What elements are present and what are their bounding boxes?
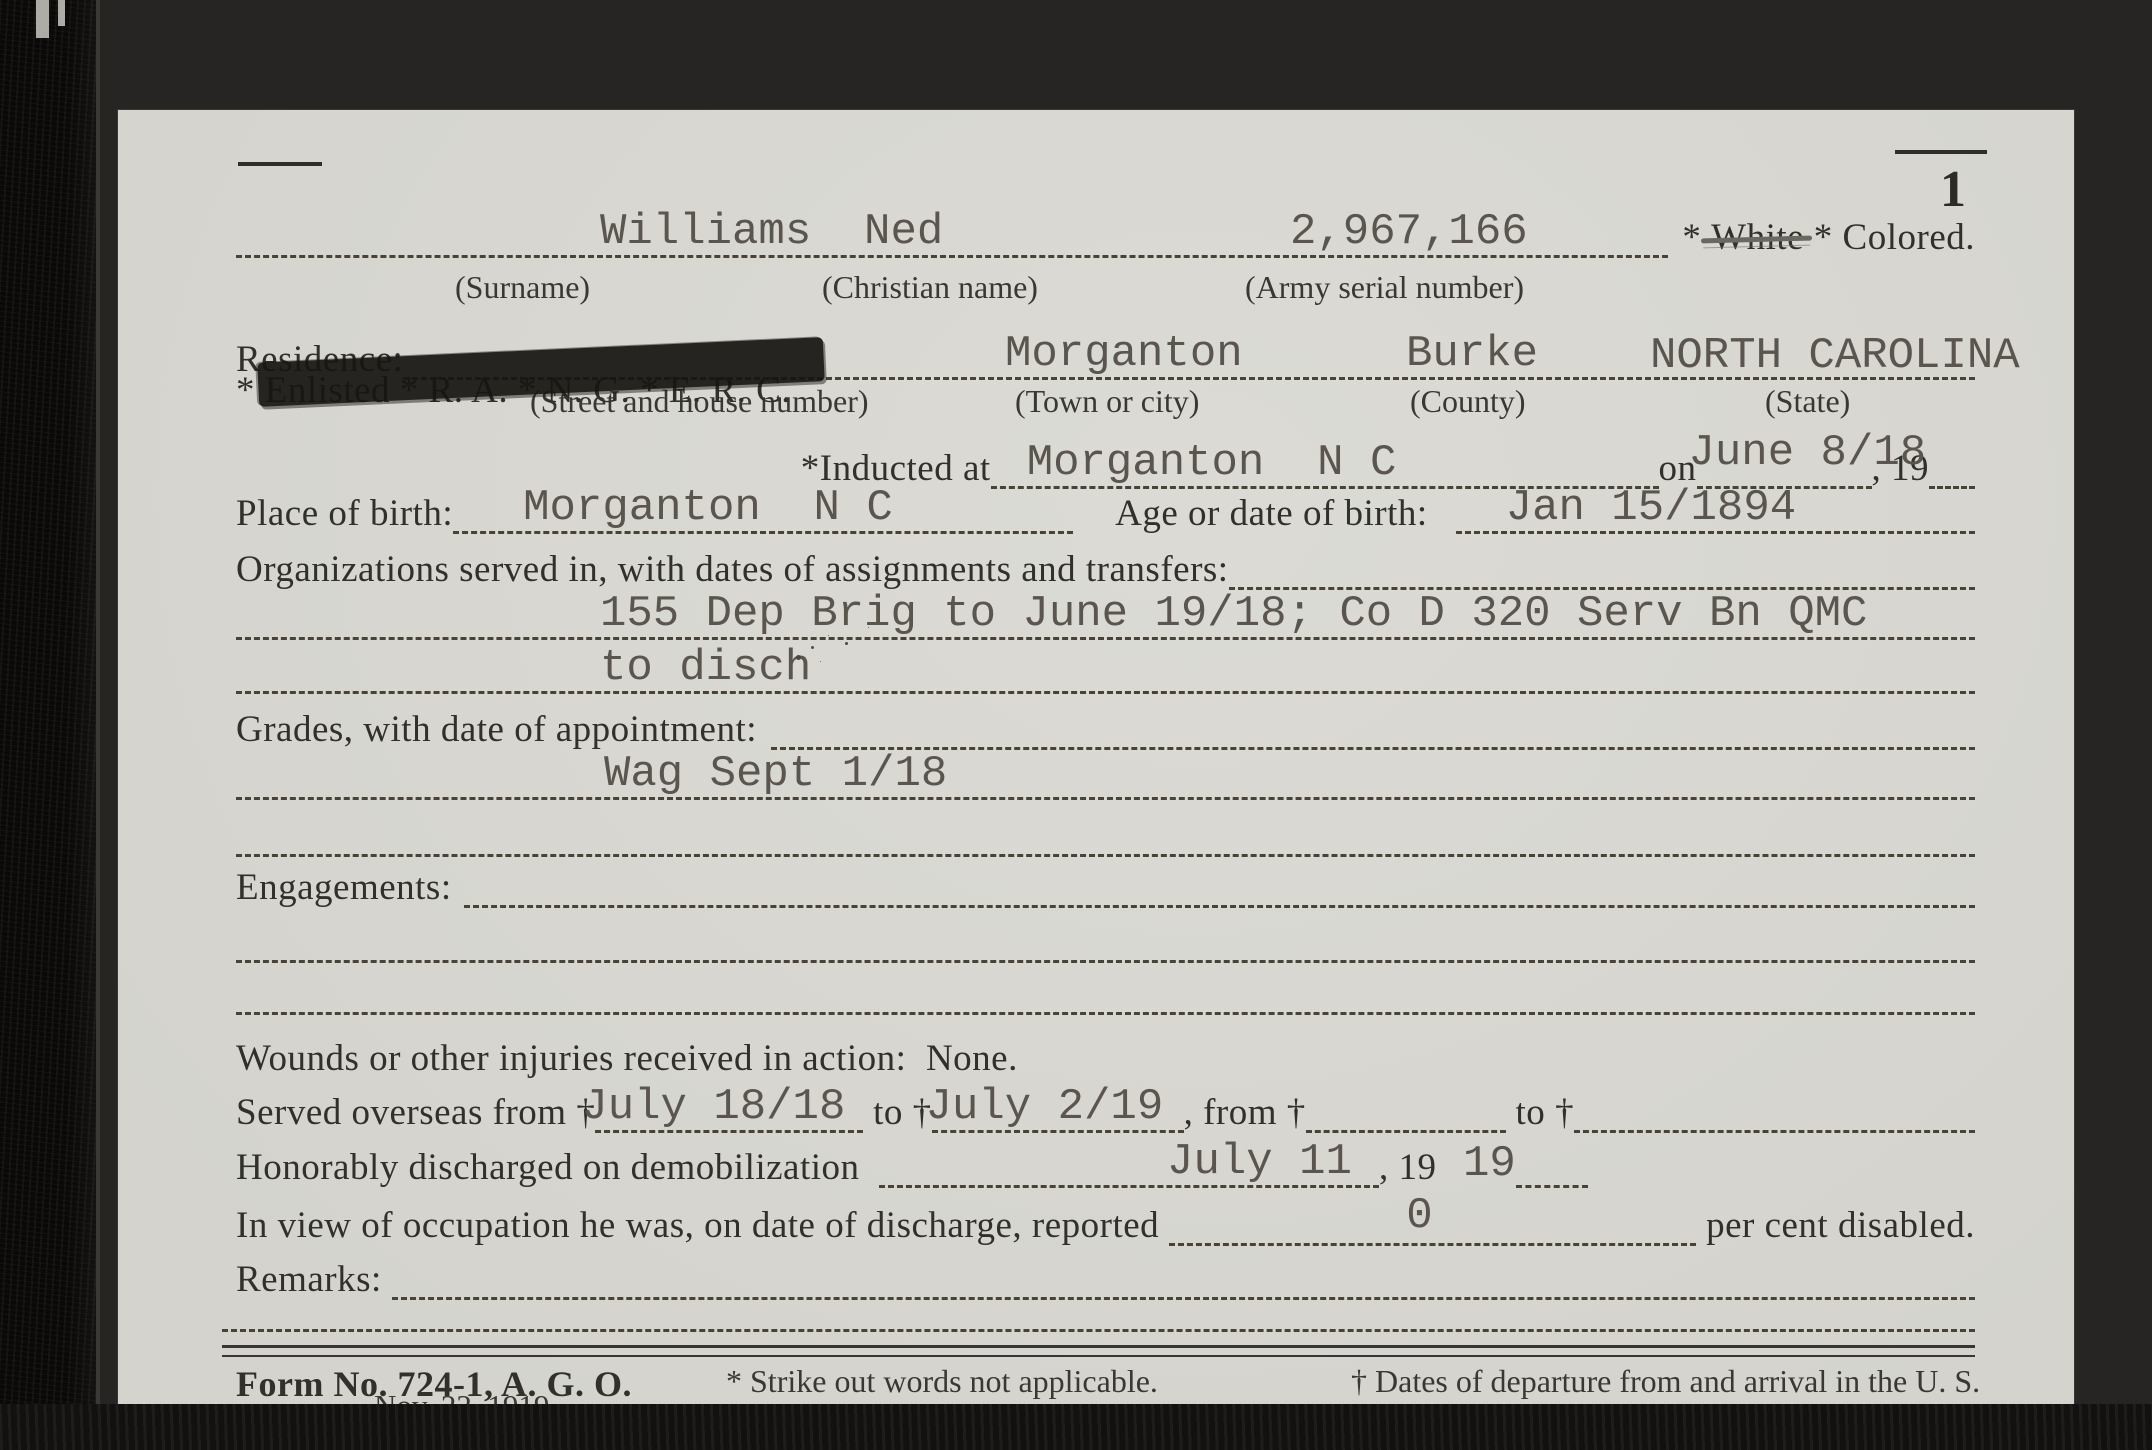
ink-speckles [796,655,801,660]
discharge-date-value: July 11 [1167,1140,1352,1184]
blank-rule [236,817,1975,857]
remarks-label: Remarks: [236,1261,392,1300]
race-options: * White * Colored. [1668,219,1975,258]
disability-label-post: per cent disabled. [1696,1207,1975,1246]
organizations-line2-row: to disch [236,650,1975,694]
scanned-service-record: 1 Williams Ned 2,967,166 * White * Color… [0,0,2152,1450]
enlist-date-line: June 8/18 [1697,435,1872,489]
scan-left-border [0,0,96,1450]
discharge-row: Honorably discharged on demobilization J… [236,1142,1975,1188]
overseas-to2-line [1574,1087,1975,1133]
serial-number-label: (Army serial number) [1245,269,1524,306]
strike-out-note: * Strike out words not applicable. [726,1363,1158,1400]
engagements-row: Engagements: [236,870,1975,908]
departure-dates-note: † Dates of departure from and arrival in… [1351,1363,1980,1400]
disability-line: 0 [1169,1200,1696,1246]
residence-county-value: Burke [1406,332,1538,376]
residence-state-value: NORTH CAROLINA [1650,334,2020,378]
enlist-date-value: June 8/18 [1689,431,1927,475]
bottom-dashed-rule [222,1310,1975,1332]
overseas-to2-label: to [1506,1094,1555,1133]
overseas-to1-value: July 2/19 [926,1085,1164,1129]
town-label: (Town or city) [1015,383,1199,420]
serial-number-value: 2,967,166 [1290,210,1528,254]
disability-label-pre: In view of occupation he was, on date of… [236,1207,1169,1246]
surname-text: Williams [600,207,811,257]
discharge-year-line [1516,1142,1588,1188]
white-option-struck: White [1711,219,1804,258]
overseas-to-label: to [863,1094,912,1133]
discharge-year-value: 19 [1437,1142,1516,1186]
scan-artifact [58,0,65,26]
dagger-icon: † [1555,1094,1574,1133]
residence-town-value: Morganton [1005,332,1243,376]
organizations-line1-row: 155 Dep Brig to June 19/18; Co D 320 Ser… [236,596,1975,640]
age-line: Jan 15/1894 [1456,488,1975,534]
grades-value-line: Wag Sept 1/18 [236,758,1975,800]
scan-artifact [36,0,49,38]
record-card: 1 Williams Ned 2,967,166 * White * Color… [118,110,2074,1406]
surname-label: (Surname) [455,269,590,306]
grades-line [771,712,1975,750]
colored-option: * Colored. [1804,217,1975,258]
organizations-line1-value: 155 Dep Brig to June 19/18; Co D 320 Ser… [600,592,1867,636]
christian-name-label: (Christian name) [822,269,1038,306]
year-line [1929,435,1975,489]
christian-name-text: Ned [864,207,943,257]
county-label: (County) [1410,383,1526,420]
remarks-row: Remarks: [236,1258,1975,1300]
disability-row: In view of occupation he was, on date of… [236,1200,1975,1246]
organizations-row: Organizations served in, with dates of a… [236,554,1975,590]
overseas-to1-line: July 2/19 [932,1087,1184,1133]
remarks-line [392,1258,1975,1300]
name-row: Williams Ned 2,967,166 * White * Colored… [236,188,1975,258]
place-of-birth-line: Morganton N C [453,488,1073,534]
inducted-at-line: Morganton N C [991,435,1659,489]
blank-rule-row [236,817,1975,857]
scan-bottom-border [0,1404,2152,1450]
blank-rule-row [236,977,1975,1015]
blank-rule [236,977,1975,1015]
engagements-line [464,870,1975,908]
overseas-from2-line [1306,1087,1506,1133]
wounds-row: Wounds or other injuries received in act… [236,1035,1975,1079]
dagger-icon: † [1287,1094,1306,1133]
discharge-year-prefix: , 19 [1379,1149,1437,1188]
age-value: Jan 15/1894 [1506,486,1796,530]
inducted-at-value: Morganton N C [1027,441,1397,485]
name-labels-row: (Surname) (Christian name) (Army serial … [236,270,1975,306]
place-of-birth-label: Place of birth: [236,495,453,534]
grades-value-row: Wag Sept 1/18 [236,758,1975,800]
disability-value: 0 [1406,1194,1432,1238]
overseas-from-label: Served overseas from [236,1094,576,1133]
overseas-from2-label: , from [1184,1094,1287,1133]
blank-rule-row [236,925,1975,963]
scan-seam-line [96,0,100,1450]
wounds-label: Wounds or other injuries received in act… [236,1040,906,1079]
discharge-date-line: July 11 [879,1142,1379,1188]
grades-value: Wag Sept 1/18 [604,752,947,796]
page-number-overline [1895,150,1987,154]
bottom-dashed-rule-row [222,1310,1975,1332]
organizations-line2-value: to disch [600,646,811,690]
birth-row: Place of birth: Morganton N C Age or dat… [236,488,1975,534]
grades-row: Grades, with date of appointment: [236,712,1975,750]
age-label: Age or date of birth: [1073,495,1428,534]
bottom-double-rule [222,1345,1975,1357]
enlistment-row: * Enlisted * R. A. * N. G. * E. R. C. *I… [236,435,1975,489]
organizations-line1: 155 Dep Brig to June 19/18; Co D 320 Ser… [236,596,1975,640]
discharge-label: Honorably discharged on demobilization [236,1149,879,1188]
state-label: (State) [1765,383,1850,420]
top-left-mark [238,162,322,166]
overseas-from1-line: July 18/18 [595,1087,863,1133]
overseas-from1-value: July 18/18 [581,1085,845,1129]
surname-value: Williams Ned [600,210,943,254]
blank-rule [236,925,1975,963]
organizations-label: Organizations served in, with dates of a… [236,551,1229,590]
organizations-line [1229,554,1975,590]
overseas-row: Served overseas from † July 18/18 to † J… [236,1087,1975,1133]
name-line: Williams Ned 2,967,166 [236,188,1668,258]
wounds-value: None. [906,1040,1017,1079]
place-of-birth-value: Morganton N C [523,486,893,530]
grades-label: Grades, with date of appointment: [236,711,757,750]
engagements-label: Engagements: [236,869,452,908]
enlistment-options: * Enlisted * R. A. * N. G. * E. R. C. [236,372,791,489]
organizations-line2: to disch [236,650,1975,694]
